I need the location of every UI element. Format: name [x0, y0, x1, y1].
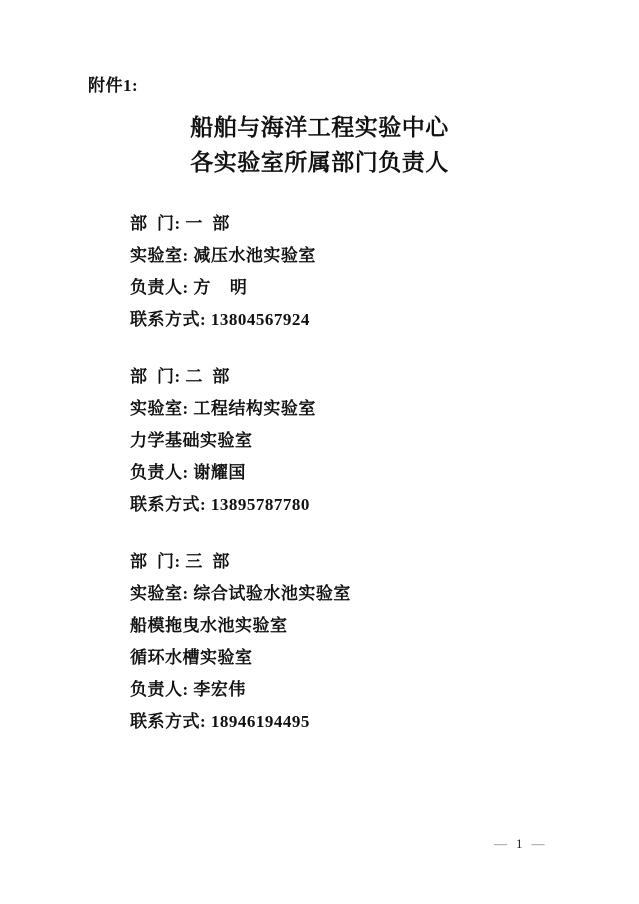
contact-phone-line: 联系方式: 13804567924	[130, 304, 550, 336]
responsible-person-line: 负责人: 谢耀国	[130, 457, 550, 489]
page-number: —1—	[494, 835, 545, 853]
department-section-2: 部 门: 二 部 实验室: 工程结构实验室 力学基础实验室 负责人: 谢耀国 联…	[130, 361, 550, 521]
laboratory-line: 力学基础实验室	[130, 425, 550, 457]
laboratory-line: 实验室: 减压水池实验室	[130, 240, 550, 272]
page-number-value: 1	[516, 836, 523, 851]
responsible-person-line: 负责人: 方 明	[130, 272, 550, 304]
laboratory-line: 实验室: 工程结构实验室	[130, 393, 550, 425]
responsible-person-line: 负责人: 李宏伟	[130, 674, 550, 706]
department-section-3: 部 门: 三 部 实验室: 综合试验水池实验室 船模拖曳水池实验室 循环水槽实验…	[130, 546, 550, 738]
title-line-2: 各实验室所属部门负责人	[0, 145, 639, 180]
laboratory-line: 船模拖曳水池实验室	[130, 610, 550, 642]
laboratory-line: 循环水槽实验室	[130, 642, 550, 674]
department-section-1: 部 门: 一 部 实验室: 减压水池实验室 负责人: 方 明 联系方式: 138…	[130, 208, 550, 336]
page-number-dash-right: —	[532, 836, 545, 851]
attachment-label: 附件1:	[88, 71, 138, 96]
page-number-dash-left: —	[494, 836, 507, 851]
contact-phone-line: 联系方式: 13895787780	[130, 489, 550, 521]
document-body: 部 门: 一 部 实验室: 减压水池实验室 负责人: 方 明 联系方式: 138…	[130, 208, 550, 763]
department-name-line: 部 门: 三 部	[130, 546, 550, 578]
department-name-line: 部 门: 一 部	[130, 208, 550, 240]
document-title: 船舶与海洋工程实验中心 各实验室所属部门负责人	[0, 110, 639, 180]
department-name-line: 部 门: 二 部	[130, 361, 550, 393]
title-line-1: 船舶与海洋工程实验中心	[0, 110, 639, 145]
document-page: 附件1: 船舶与海洋工程实验中心 各实验室所属部门负责人 部 门: 一 部 实验…	[0, 0, 639, 904]
laboratory-line: 实验室: 综合试验水池实验室	[130, 578, 550, 610]
contact-phone-line: 联系方式: 18946194495	[130, 706, 550, 738]
